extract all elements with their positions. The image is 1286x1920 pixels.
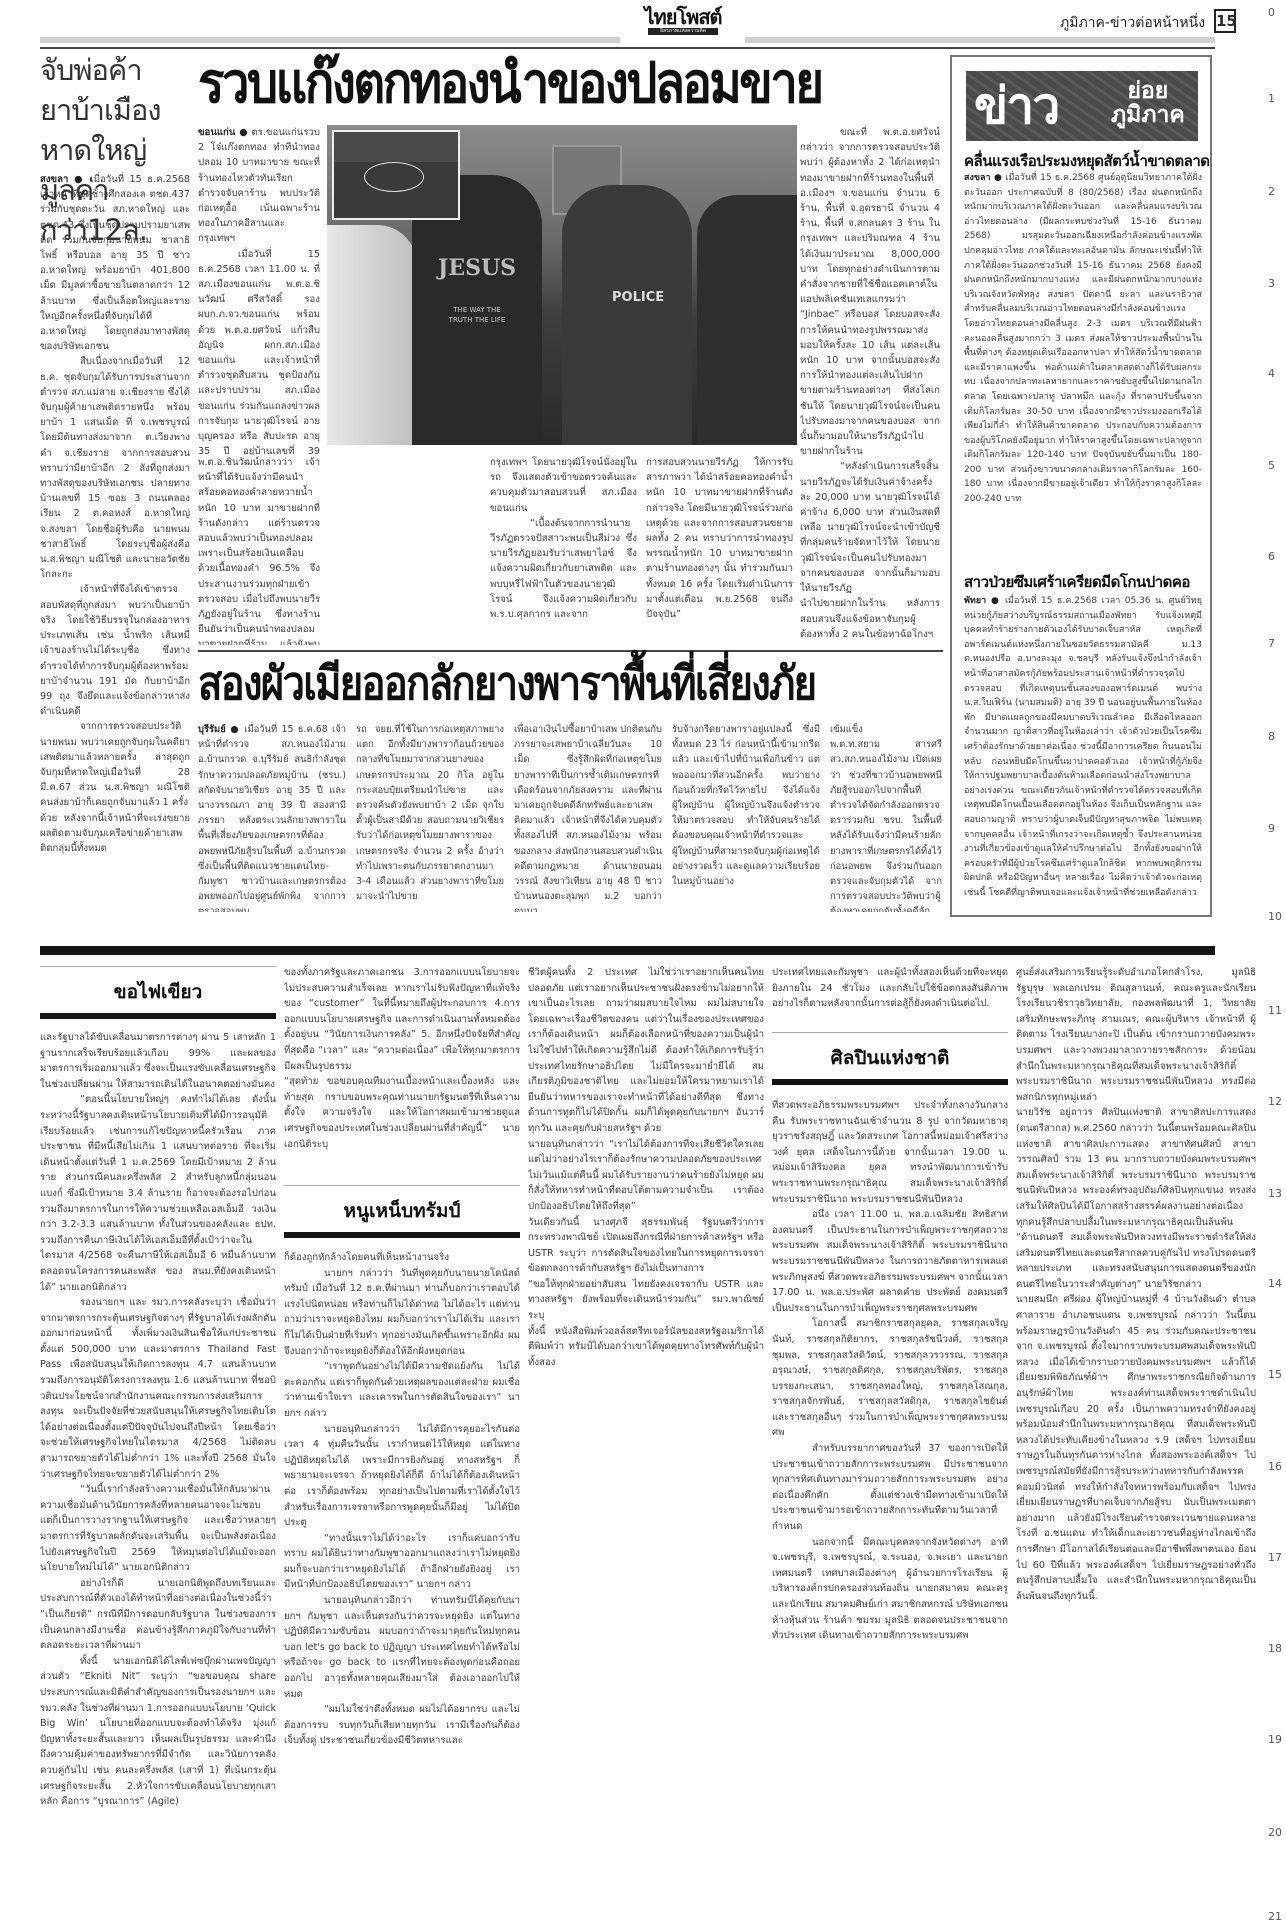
- paragraph: สำหรับบรรยากาศของวันที่ 37 ของการเปิดให้…: [772, 1441, 1008, 1535]
- story1-paragraph: เมื่อวันที่ 15 ธ.ค.2568 เจ้าหน้าที่ชุดช้…: [40, 174, 190, 352]
- paragraph: รองนายกฯ และ รมว.การคลังระบุว่า เชื่อมั่…: [40, 1295, 276, 1482]
- paragraph: “เราพูดกันอย่างไม่ได้มีความขัดแย้งกัน ไม…: [284, 1359, 520, 1421]
- story2-paragraph: กรุงเทพฯ โดยนายวุฒิโรจน์นั่งอยู่ในรถ จึง…: [490, 455, 637, 516]
- paragraph: นายอนุทินกล่าวอีกว่า ท่านทรัมป์ได้คุยกับ…: [284, 1593, 520, 1702]
- paragraph: นอกจากนี้ มีคณะบุคคลจากจังหวัดต่างๆ อาทิ…: [772, 1535, 1008, 1644]
- thick-rule: [284, 1232, 520, 1238]
- story2-dateline: ขอนแก่น ●: [198, 127, 248, 138]
- paragraph: ทั้งนี้ นายเอกนิติได้ไลฟ์เฟซบุ๊กผ่านเพจป…: [40, 1654, 276, 1810]
- shirt-text: JESUS: [432, 255, 522, 281]
- paragraph: อนึ่ง เวลา 11.00 น. พล.อ.เฉลิมชัย สิทธิส…: [772, 1207, 1008, 1316]
- section-divider-bar: [40, 946, 1215, 955]
- paragraph: “วันนี้เรากำลังสร้างความเชื่อมั่นให้กลับ…: [40, 1482, 276, 1576]
- story3-dateline: บุรีรัมย์ ●: [198, 724, 240, 735]
- story1-paragraph: ด้วย หลังจากนี้เจ้าหน้าที่จะเร่งขยายผลติ…: [40, 811, 190, 857]
- story2-lead: ตร.ขอนแก่นรวบ 2 โจ๋แก๊งตกทอง ทำทีนำทองปล…: [198, 127, 320, 244]
- paragraph: นายกฯ กล่าวว่า วันที่พูดคุยกับนายนายโดนั…: [284, 1266, 520, 1360]
- line-number: 16: [1268, 1460, 1282, 1473]
- line-number: 9: [1268, 822, 1275, 835]
- line-number: 18: [1268, 1642, 1282, 1655]
- story2-paragraph: “หลังดำเนินการเสร็จสิ้น นายวีรภัฏจะได้รั…: [800, 459, 940, 596]
- line-number: 12: [1268, 1095, 1282, 1108]
- story2-paragraph: นำไปขายฝากในร้าน หลังการสอบสวนจึงแจ้งข้อ…: [800, 596, 940, 642]
- brief2-headline: สาวป่วยซึมเศร้าเครียดมีดโกนปาดคอ: [964, 570, 1190, 594]
- line-number: 6: [1268, 550, 1275, 563]
- continuation-header-khofaikhiao: ขอไฟเขียว: [40, 966, 276, 1019]
- line-number: 0: [1268, 6, 1275, 19]
- story3-headline: สองผัวเมียออกลักยางพาราพื้นที่เสี่ยงภัย: [198, 655, 846, 711]
- photo-police-officer: POLICE: [562, 185, 692, 445]
- line-number: 20: [1268, 1826, 1282, 1839]
- continuation-title: ขอไฟเขียว: [40, 967, 276, 1013]
- continuation-column-2: ก็ต้องถูกหักล้างโดยคนที่เห็นหน้างานจริง …: [284, 1250, 520, 1918]
- continuation-column-3: ชีวิตผู้คนทั้ง 2 ประเทศ ไม่ใช่ว่าเราอยาก…: [528, 965, 764, 1918]
- story2-col: การสอบสวนนายวีรภัฏ ให้การรับสารภาพว่า ได…: [646, 455, 793, 645]
- banner-title: ข่าว: [974, 71, 1058, 141]
- story2-paragraph: การสอบสวนนายวีรภัฏ ให้การรับสารภาพว่า ได…: [646, 455, 793, 622]
- line-number: 2: [1268, 185, 1275, 198]
- line-number: 7: [1268, 637, 1275, 650]
- story2-col: พ.ต.อ.ชินวัฒน์กล่าวว่า เจ้าหน้าที่ได้รับ…: [334, 455, 481, 645]
- line-number: 17: [1268, 1551, 1282, 1564]
- story2-paragraph: ขณะที่ พ.ต.อ.ยศวัจน์กล่าวว่า จากการตรวจส…: [800, 125, 940, 459]
- logo-tagline: อิสรภาพแห่งความคิด: [648, 28, 718, 35]
- story2-photo: JESUS THE WAY THE TRUTH THE LIFE POLICE: [327, 125, 797, 445]
- vest-text: POLICE: [612, 290, 664, 305]
- continuation-header-silapin: ศิลปินแห่งชาติ: [772, 1032, 1008, 1085]
- brief2-text: เมื่อวันที่ 15 ธ.ค.2568 เวลา 05.36 น. ศู…: [964, 596, 1202, 898]
- continuation-column-5: ศูนย์ส่งเสริมการเรียนรู้ระดับอำเภอโคกสำโ…: [1016, 965, 1256, 1918]
- brief1-body: สงขลา ● เมื่อวันที่ 15 ธ.ค.2568 ศูนย์อุต…: [964, 171, 1202, 566]
- photo-bystander: [697, 195, 797, 445]
- brief1-dateline: สงขลา ●: [964, 173, 1002, 183]
- photo-inset-evidence: [332, 130, 460, 220]
- section-label: ภูมิภาค-ข่าวต่อหน้าหนึ่ง: [1060, 12, 1205, 34]
- brief1-headline: คลื่นแรงเรือประมงหยุดสัตว์น้ำขาดตลาด: [964, 149, 1210, 173]
- line-number: 5: [1268, 459, 1275, 472]
- line-number: 21: [1268, 1910, 1282, 1920]
- continuation-title: ศิลปินแห่งชาติ: [772, 1033, 1008, 1079]
- story1-dateline: สงขลา ●: [40, 174, 85, 185]
- continuation-title: หนูเหน็บทรัมป์: [284, 1186, 520, 1232]
- story3-col: เพื่อเอาเงินไปซื้อยาบ้าเสพ ปกติตนกับภรรย…: [514, 722, 662, 912]
- line-number: 13: [1268, 1187, 1282, 1200]
- masthead-rule-right: [745, 37, 1215, 43]
- story1-body: สงขลา ● เมื่อวันที่ 15 ธ.ค.2568 เจ้าหน้า…: [40, 172, 190, 902]
- paragraph: โอกาสนี้ สมาชิกราชสกุลยุคล, ราชสกุลเจริญ…: [772, 1316, 1008, 1441]
- thick-rule: [40, 1013, 276, 1019]
- newspaper-logo: ไทยโพสต์ อิสรภาพแห่งความคิด: [633, 6, 733, 40]
- line-number: 4: [1268, 367, 1275, 380]
- banner-subtitle: ย่อย ภูมิภาค: [1111, 79, 1185, 127]
- story3-col: รับจ้างกรีดยางพาราอยู่แปลงนี้ ซึ่งมีทั้ง…: [672, 722, 820, 912]
- masthead: ไทยโพสต์ อิสรภาพแห่งความคิด ภูมิภาค-ข่าว…: [0, 0, 1286, 40]
- story3-col: รถ จยย.ที่ใช้ในการก่อเหตุสภาพยางแตก อีกท…: [356, 722, 504, 912]
- story1-paragraph: เจ้าหน้าที่จึงได้เข้าตรวจสอบพัสดุที่ถูกส…: [40, 582, 190, 719]
- page-number: 15: [1214, 9, 1236, 33]
- thick-rule: [772, 1079, 1008, 1085]
- story2-col: กรุงเทพฯ โดยนายวุฒิโรจน์นั่งอยู่ในรถ จึง…: [490, 455, 637, 645]
- story1-paragraph: สืบเนื่องจากเมื่อวันที่ 12 ธ.ค. ชุดจับกุ…: [40, 354, 190, 582]
- continuation-column-1: และรัฐบาลได้ขับเคลื่อนมาตรการต่างๆ ผ่าน …: [40, 1030, 276, 1918]
- photo-car: [327, 225, 417, 445]
- paragraph: ก็ต้องถูกหักล้างโดยคนที่เห็นหน้างานจริง: [284, 1250, 520, 1266]
- story2-paragraph: พ.ต.อ.ชินวัฒน์กล่าวว่า เจ้าหน้าที่ได้รับ…: [198, 455, 320, 645]
- brief2-body: พัทยา ● เมื่อวันที่ 15 ธ.ค.2568 เวลา 05.…: [964, 594, 1202, 914]
- line-number: 10: [1268, 910, 1282, 923]
- top-divider: [40, 47, 1215, 49]
- regional-briefs-box: ข่าว ย่อย ภูมิภาค คลื่นแรงเรือประมงหยุดส…: [950, 55, 1212, 917]
- story2-paragraph: “เบื้องต้นจากการนำนายวีรภัฏตรวจปัสสาวะพบ…: [490, 516, 637, 622]
- paragraph: นายอนุทินกล่าวว่า ไม่ได้มีการคุยอะไรกันต…: [284, 1422, 520, 1531]
- story2-col: ขณะที่ พ.ต.อ.ยศวัจน์กล่าวว่า จากการตรวจส…: [800, 125, 940, 645]
- story3-col: เข้มแข็ง พ.ต.ท.สยาม สารศรี สว.สภ.หนองไม้…: [830, 722, 942, 912]
- line-number: 3: [1268, 277, 1275, 290]
- line-number: 8: [1268, 730, 1275, 743]
- story2-col: พ.ต.อ.ชินวัฒน์กล่าวว่า เจ้าหน้าที่ได้รับ…: [198, 455, 320, 645]
- story3-text: เมื่อวันที่ 15 ธ.ค.68 เจ้าหน้าที่ตำรวจ ส…: [198, 724, 346, 912]
- continuation-column-4-top: ประเทศไทยและกัมพูชา และผู้นำทั้งสองเห็นด…: [772, 965, 1008, 1027]
- paragraph: และรัฐบาลได้ขับเคลื่อนมาตรการต่างๆ ผ่าน …: [40, 1030, 276, 1092]
- paragraph: “ทางนั้นเราไม่ได้ว่าอะไร เราก็แค่บอกว่าร…: [284, 1531, 520, 1593]
- logo-name: ไทยโพสต์: [633, 6, 733, 28]
- brief1-text: เมื่อวันที่ 15 ธ.ค.2568 ศูนย์อุตุนิยมวิท…: [964, 173, 1202, 504]
- shirt-subtext: THE WAY THE TRUTH THE LIFE: [442, 305, 512, 325]
- paragraph: ที่สวดพระอภิธรรมพระบรมศพฯ ประจำทั้งกลางว…: [772, 1098, 1008, 1207]
- line-number: 19: [1268, 1733, 1282, 1746]
- story1-paragraph: จากการตรวจสอบประวัติ นายพนม พบว่าเคยถูกจ…: [40, 719, 190, 810]
- story2-paragraph: เมื่อวันที่ 15 ธ.ค.2568 เวลา 11.00 น. ที…: [198, 247, 320, 455]
- paragraph: “ผมไม่ใช่ว่าดึงทั้งหมด ผมไม่ได้อยากรบ แล…: [284, 1702, 520, 1749]
- story2-lead-column: ขอนแก่น ● ตร.ขอนแก่นรวบ 2 โจ๋แก๊งตกทอง ท…: [198, 125, 320, 455]
- line-number: 14: [1268, 1277, 1282, 1290]
- story2-headline: รวบแก๊งตกทองนำของปลอมขาย: [198, 50, 854, 120]
- continuation-header-nuhnepbtrump: หนูเหน็บทรัมป์: [284, 1185, 520, 1238]
- line-number: 1: [1268, 92, 1275, 105]
- continuation-column-2-top: ของทั้งภาครัฐและภาคเอกชน 3.การออกแบบนโยบ…: [284, 965, 520, 1175]
- masthead-rule-left: [40, 37, 620, 43]
- paragraph: “ตอนนี้นโยบายใหญ่ๆ คงทำไม่ได้เลย ดังนั้น…: [40, 1092, 276, 1295]
- brief2-dateline: พัทยา ●: [964, 596, 1000, 606]
- line-number: 11: [1268, 1004, 1282, 1017]
- continuation-column-4: ที่สวดพระอภิธรรมพระบรมศพฯ ประจำทั้งกลางว…: [772, 1098, 1008, 1918]
- story3-divider: [198, 650, 943, 652]
- story3-col: บุรีรัมย์ ● เมื่อวันที่ 15 ธ.ค.68 เจ้าหน…: [198, 722, 346, 912]
- gold-chain-icon: [364, 162, 424, 192]
- line-numbers: 0 1 2 3 4 5 6 7 8 9 10 11 12 13 14 15 16…: [1262, 0, 1286, 1920]
- line-number: 15: [1268, 1368, 1282, 1381]
- briefs-banner: ข่าว ย่อย ภูมิภาค: [966, 71, 1198, 141]
- paragraph: อย่างไรก็ดี นายเอกนิติพูดถึงบทเรียนและปร…: [40, 1576, 276, 1654]
